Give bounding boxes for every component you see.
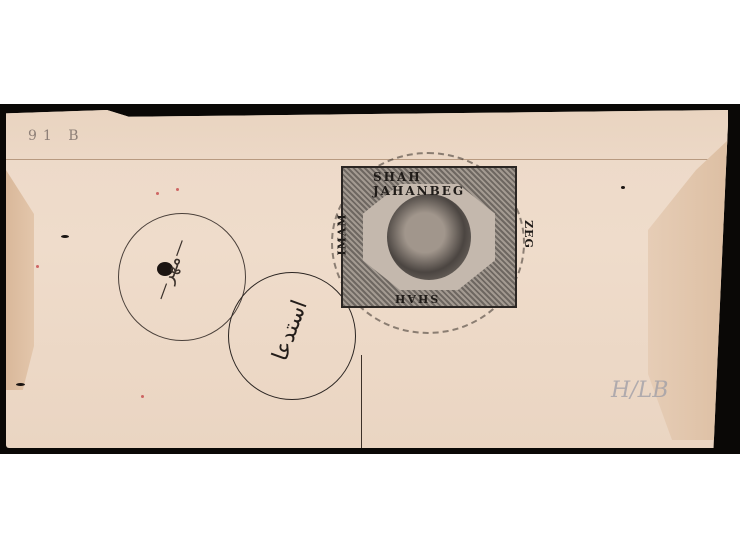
postmark-left: —مهر— (118, 213, 246, 341)
stamp-inscription-top: SHAH JAHANBEG (373, 170, 515, 198)
ink-speck (621, 186, 625, 189)
red-speck (36, 265, 39, 268)
red-speck (176, 188, 179, 191)
top-flap: 91 B (6, 110, 728, 160)
postmark-right-text: استدعا (268, 297, 313, 364)
postage-stamp: SHAH JAHANBEG IMAM ZEG SHAH (341, 166, 517, 308)
fold-seam (361, 355, 362, 448)
stamp-medallion (387, 194, 471, 280)
red-speck (141, 395, 144, 398)
pencil-note-bottom: H/LB (611, 378, 668, 403)
postal-cover: 91 B —مهر— استدعا SHAH JAHANBEG IMAM ZEG… (6, 110, 728, 448)
left-flap (6, 170, 34, 390)
ink-speck (61, 235, 69, 238)
pencil-note-top: 91 B (28, 128, 85, 144)
stamp-inscription-right: ZEG (522, 220, 535, 249)
postmark-right: استدعا (228, 272, 356, 400)
stamp-inscription-left: IMAM (336, 213, 349, 255)
red-speck (156, 192, 159, 195)
ink-speck (16, 383, 25, 386)
stamp-inscription-bottom: SHAH (393, 292, 438, 305)
